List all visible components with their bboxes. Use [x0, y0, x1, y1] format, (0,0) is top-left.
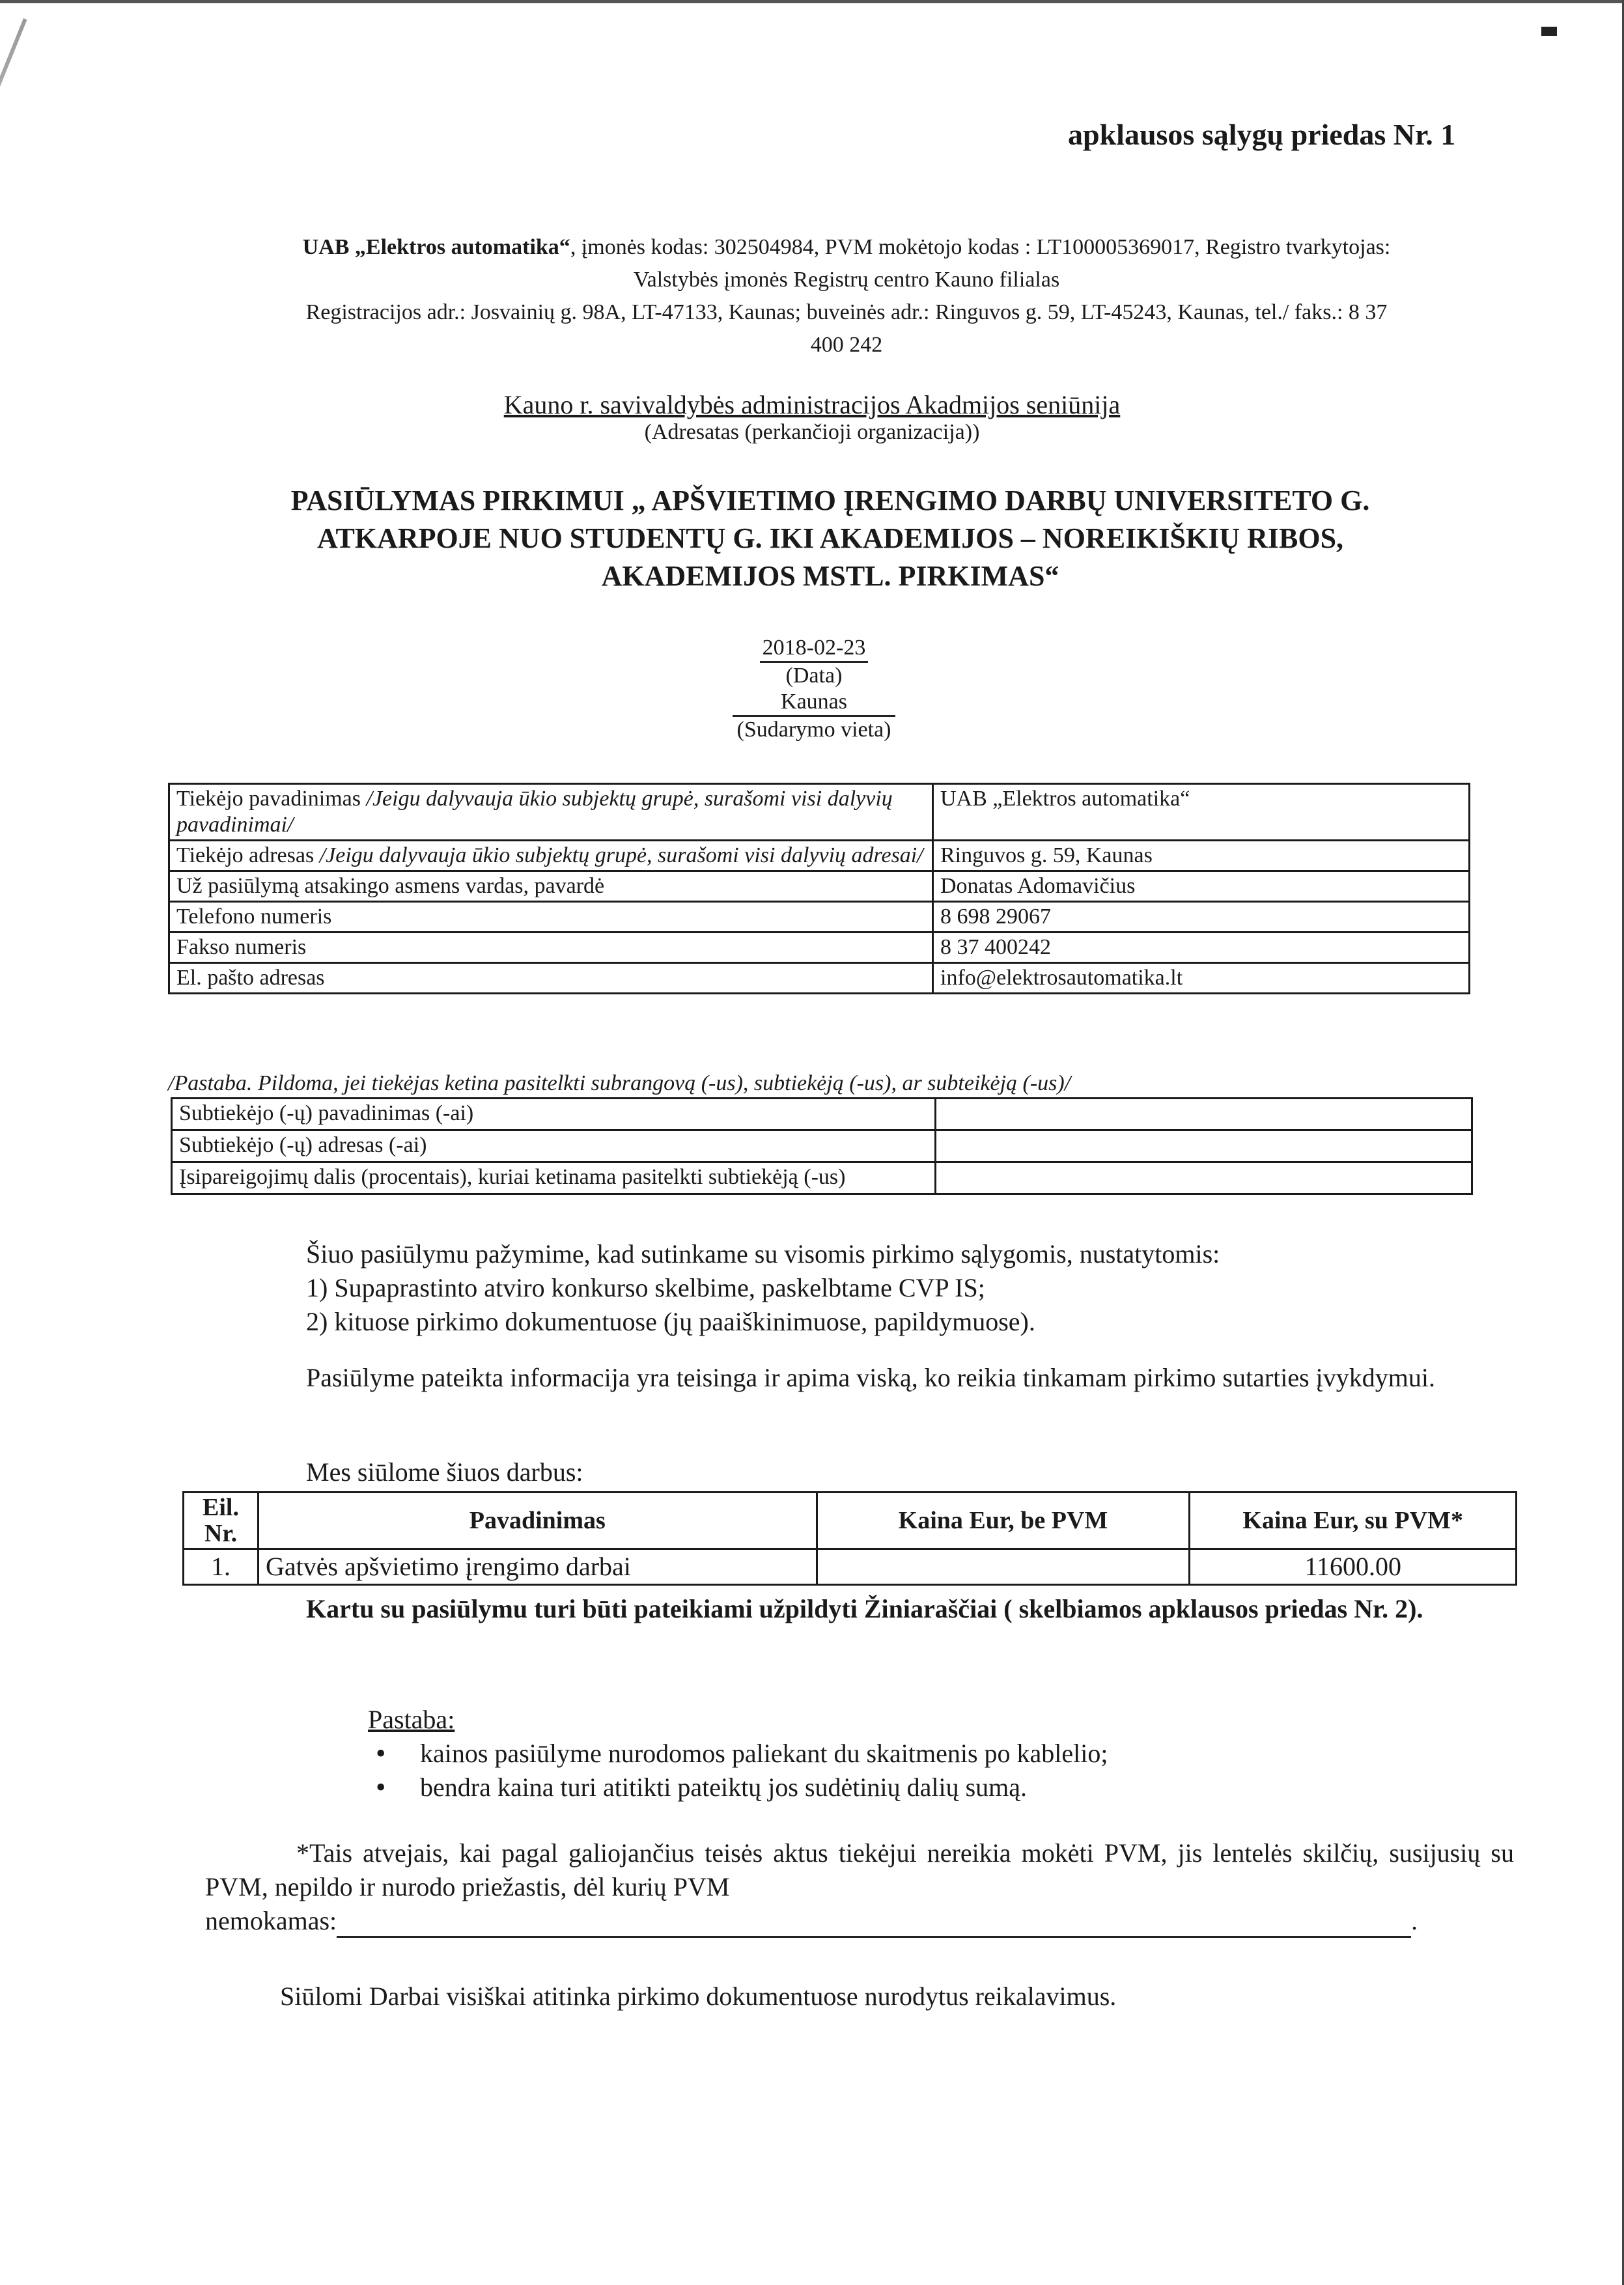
col-header-nr: Eil. Nr. — [184, 1493, 259, 1549]
title-line-1: PASIŪLYMAS PIRKIMUI „ APŠVIETIMO ĮRENGIM… — [195, 482, 1465, 520]
date-value: 2018-02-23 — [760, 635, 869, 663]
table-row: Įsipareigojimų dalis (procentais), kuria… — [172, 1162, 1472, 1194]
list-item: kainos pasiūlyme nurodomos paliekant du … — [368, 1737, 1108, 1771]
statement: Pasiūlyme pateikta informacija yra teisi… — [169, 1361, 1511, 1395]
subcontractor-address-value — [936, 1130, 1472, 1162]
agreement-intro: Šiuo pasiūlymu pažymime, kad sutinkame s… — [306, 1237, 1220, 1271]
subcontractor-table: Subtiekėjo (-ų) pavadinimas (-ai) Subtie… — [171, 1097, 1473, 1195]
vat-reason-line: nemokamas:. — [205, 1904, 1418, 1938]
supplier-name-label: Tiekėjo pavadinimas /Jeigu dalyvauja ūki… — [169, 784, 933, 841]
addressee-name: Kauno r. savivaldybės administracijos Ak… — [0, 389, 1624, 420]
place-value: Kaunas — [733, 689, 895, 717]
remarks-title: Pastaba: — [368, 1703, 1108, 1737]
subcontractor-name-value — [936, 1099, 1472, 1130]
table-row: Fakso numeris 8 37 400242 — [169, 932, 1470, 963]
fax-label: Fakso numeris — [169, 932, 933, 963]
table-row: Už pasiūlymą atsakingo asmens vardas, pa… — [169, 871, 1470, 902]
table-row: Subtiekėjo (-ų) adresas (-ai) — [172, 1130, 1472, 1162]
date-label: (Data) — [651, 663, 977, 689]
cell-name: Gatvės apšvietimo įrengimo darbai — [258, 1549, 817, 1585]
company-line-3: Registracijos adr.: Josvainių g. 98A, LT… — [182, 296, 1511, 329]
fax-value: 8 37 400242 — [933, 932, 1470, 963]
table-row: Telefono numeris 8 698 29067 — [169, 902, 1470, 932]
remarks-list: kainos pasiūlyme nurodomos paliekant du … — [368, 1737, 1108, 1804]
supplier-address-value: Ringuvos g. 59, Kaunas — [933, 841, 1470, 871]
col-header-name: Pavadinimas — [258, 1493, 817, 1549]
addressee-role: (Adresatas (perkančioji organizacija)) — [0, 420, 1624, 445]
vat-reason-label: nemokamas: — [205, 1906, 337, 1935]
subcontractor-address-label: Subtiekėjo (-ų) adresas (-ai) — [172, 1130, 936, 1162]
company-line-4: 400 242 — [182, 329, 1511, 361]
table-row: El. pašto adresas info@elektrosautomatik… — [169, 963, 1470, 994]
cell-price-no-vat — [817, 1549, 1190, 1585]
vat-reason-end: . — [1411, 1906, 1418, 1935]
company-name: UAB „Elektros automatika“ — [303, 235, 570, 259]
contact-person-label: Už pasiūlymą atsakingo asmens vardas, pa… — [169, 871, 933, 902]
cell-price-vat: 11600.00 — [1190, 1549, 1517, 1585]
vat-reason-field[interactable] — [337, 1910, 1411, 1938]
attachments-note: Kartu su pasiūlymu turi būti pateikiami … — [195, 1592, 1517, 1626]
scan-corner-mark — [1541, 27, 1557, 36]
subcontractor-name-label: Subtiekėjo (-ų) pavadinimas (-ai) — [172, 1099, 936, 1130]
cell-nr: 1. — [184, 1549, 259, 1585]
table-header-row: Eil. Nr. Pavadinimas Kaina Eur, be PVM K… — [184, 1493, 1517, 1549]
vat-note: *Tais atvejais, kai pagal galiojančius t… — [205, 1836, 1514, 1904]
offer-intro: Mes siūlome šiuos darbus: — [306, 1455, 583, 1489]
col-header-price-vat: Kaina Eur, su PVM* — [1190, 1493, 1517, 1549]
company-line-1: UAB „Elektros automatika“, įmonės kodas:… — [182, 231, 1511, 264]
table-row: 1. Gatvės apšvietimo įrengimo darbai 116… — [184, 1549, 1517, 1585]
compliance-statement: Siūlomi Darbai visiškai atitinka pirkimo… — [280, 1980, 1116, 2013]
list-item: bendra kaina turi atitikti pateiktų jos … — [368, 1771, 1108, 1804]
email-value: info@elektrosautomatika.lt — [933, 963, 1470, 994]
contact-person-value: Donatas Adomavičius — [933, 871, 1470, 902]
table-row: Tiekėjo adresas /Jeigu dalyvauja ūkio su… — [169, 841, 1470, 871]
company-header: UAB „Elektros automatika“, įmonės kodas:… — [182, 231, 1511, 361]
title-line-3: AKADEMIJOS MSTL. PIRKIMAS“ — [195, 557, 1465, 595]
agreement-item-1: 1) Supaprastinto atviro konkurso skelbim… — [306, 1271, 985, 1305]
date-place-block: 2018-02-23 (Data) Kaunas (Sudarymo vieta… — [651, 635, 977, 743]
supplier-info-table: Tiekėjo pavadinimas /Jeigu dalyvauja ūki… — [168, 783, 1470, 994]
subcontractor-share-value — [936, 1162, 1472, 1194]
works-table: Eil. Nr. Pavadinimas Kaina Eur, be PVM K… — [182, 1491, 1517, 1586]
place-label: (Sudarymo vieta) — [651, 717, 977, 743]
subcontractor-note: /Pastaba. Pildoma, jei tiekėjas ketina p… — [168, 1071, 1071, 1096]
table-row: Tiekėjo pavadinimas /Jeigu dalyvauja ūki… — [169, 784, 1470, 841]
phone-label: Telefono numeris — [169, 902, 933, 932]
annex-label: apklausos sąlygų priedas Nr. 1 — [1068, 117, 1455, 152]
company-line-2: Valstybės įmonės Registrų centro Kauno f… — [182, 264, 1511, 296]
company-codes: , įmonės kodas: 302504984, PVM mokėtojo … — [570, 235, 1391, 259]
remarks-block: Pastaba: kainos pasiūlyme nurodomos pali… — [368, 1703, 1108, 1804]
phone-value: 8 698 29067 — [933, 902, 1470, 932]
scan-top-border — [0, 0, 1624, 3]
scan-artifact-line — [0, 18, 27, 237]
subcontractor-share-label: Įsipareigojimų dalis (procentais), kuria… — [172, 1162, 936, 1194]
supplier-name-value: UAB „Elektros automatika“ — [933, 784, 1470, 841]
col-header-price-no-vat: Kaina Eur, be PVM — [817, 1493, 1190, 1549]
table-row: Subtiekėjo (-ų) pavadinimas (-ai) — [172, 1099, 1472, 1130]
offer-title: PASIŪLYMAS PIRKIMUI „ APŠVIETIMO ĮRENGIM… — [195, 482, 1465, 595]
title-line-2: ATKARPOJE NUO STUDENTŲ G. IKI AKADEMIJOS… — [195, 520, 1465, 557]
agreement-item-2: 2) kituose pirkimo dokumentuose (jų paai… — [306, 1305, 1035, 1339]
supplier-address-label: Tiekėjo adresas /Jeigu dalyvauja ūkio su… — [169, 841, 933, 871]
email-label: El. pašto adresas — [169, 963, 933, 994]
